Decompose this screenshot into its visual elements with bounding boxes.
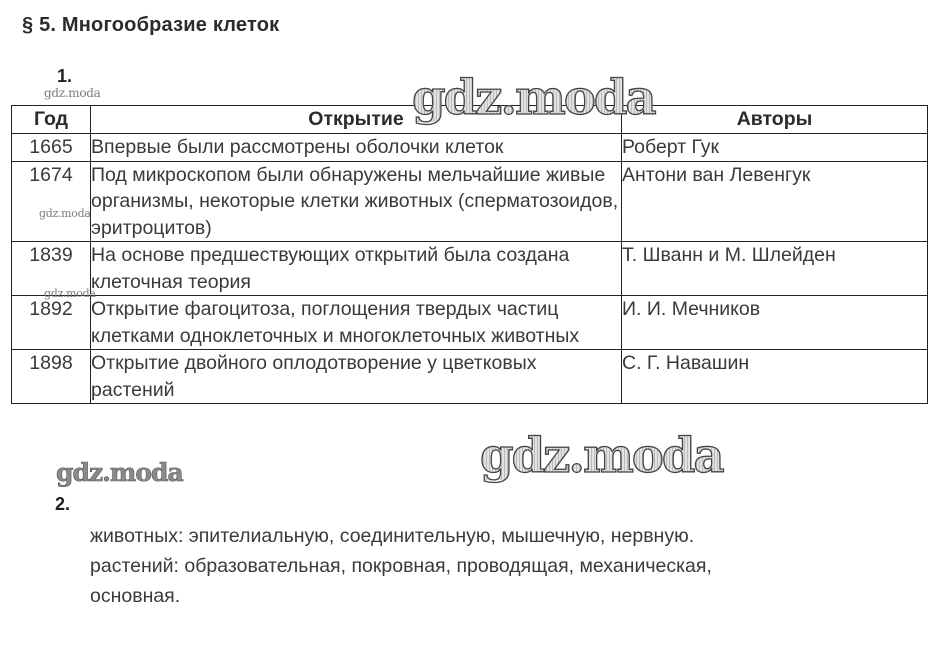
discoveries-table: Год Открытие Авторы 1665 Впервые были ра… <box>11 105 928 404</box>
authors-cell: Т. Шванн и М. Шлейден <box>622 242 928 296</box>
table-row: 1839 На основе предшествующих открытий б… <box>12 242 928 296</box>
authors-cell: Роберт Гук <box>622 134 928 162</box>
watermark-small: gdz.moda <box>44 86 101 100</box>
answer-line-plants-cont: основная. <box>90 581 712 611</box>
year-cell: 1665 <box>12 134 91 162</box>
watermark-large: gdz.moda <box>480 432 723 480</box>
year-cell: 1674 <box>12 161 91 242</box>
discovery-cell: На основе предшествующих открытий была с… <box>91 242 622 296</box>
watermark-large: gdz.moda <box>412 74 655 122</box>
discovery-cell: Под микроскопом были обнаружены мельчайш… <box>91 161 622 242</box>
discovery-cell: Открытие двойного оплодотворение у цветк… <box>91 350 622 404</box>
watermark-small: gdz.moda <box>39 207 91 220</box>
table-row: 1674 Под микроскопом были обнаружены мел… <box>12 161 928 242</box>
section-title: § 5. Многообразие клеток <box>22 14 279 37</box>
task-2-number: 2. <box>55 494 70 515</box>
table-row: 1665 Впервые были рассмотрены оболочки к… <box>12 134 928 162</box>
year-cell: 1892 <box>12 296 91 350</box>
answer-line-animals: животных: эпителиальную, соединительную,… <box>90 521 712 551</box>
year-cell: 1898 <box>12 350 91 404</box>
task-2-answer: животных: эпителиальную, соединительную,… <box>90 521 712 611</box>
discovery-cell: Открытие фагоцитоза, поглощения твердых … <box>91 296 622 350</box>
authors-cell: Антони ван Левенгук <box>622 161 928 242</box>
task-1-number: 1. <box>57 66 72 87</box>
table-row: 1892 Открытие фагоцитоза, поглощения тве… <box>12 296 928 350</box>
header-year: Год <box>12 106 91 134</box>
answer-line-plants: растений: образовательная, покровная, пр… <box>90 551 712 581</box>
authors-cell: И. И. Мечников <box>622 296 928 350</box>
authors-cell: С. Г. Навашин <box>622 350 928 404</box>
header-authors: Авторы <box>622 106 928 134</box>
table-row: 1898 Открытие двойного оплодотворение у … <box>12 350 928 404</box>
discovery-cell: Впервые были рассмотрены оболочки клеток <box>91 134 622 162</box>
watermark-small: gdz.moda <box>44 287 96 300</box>
watermark-medium: gdz.moda <box>56 458 183 487</box>
